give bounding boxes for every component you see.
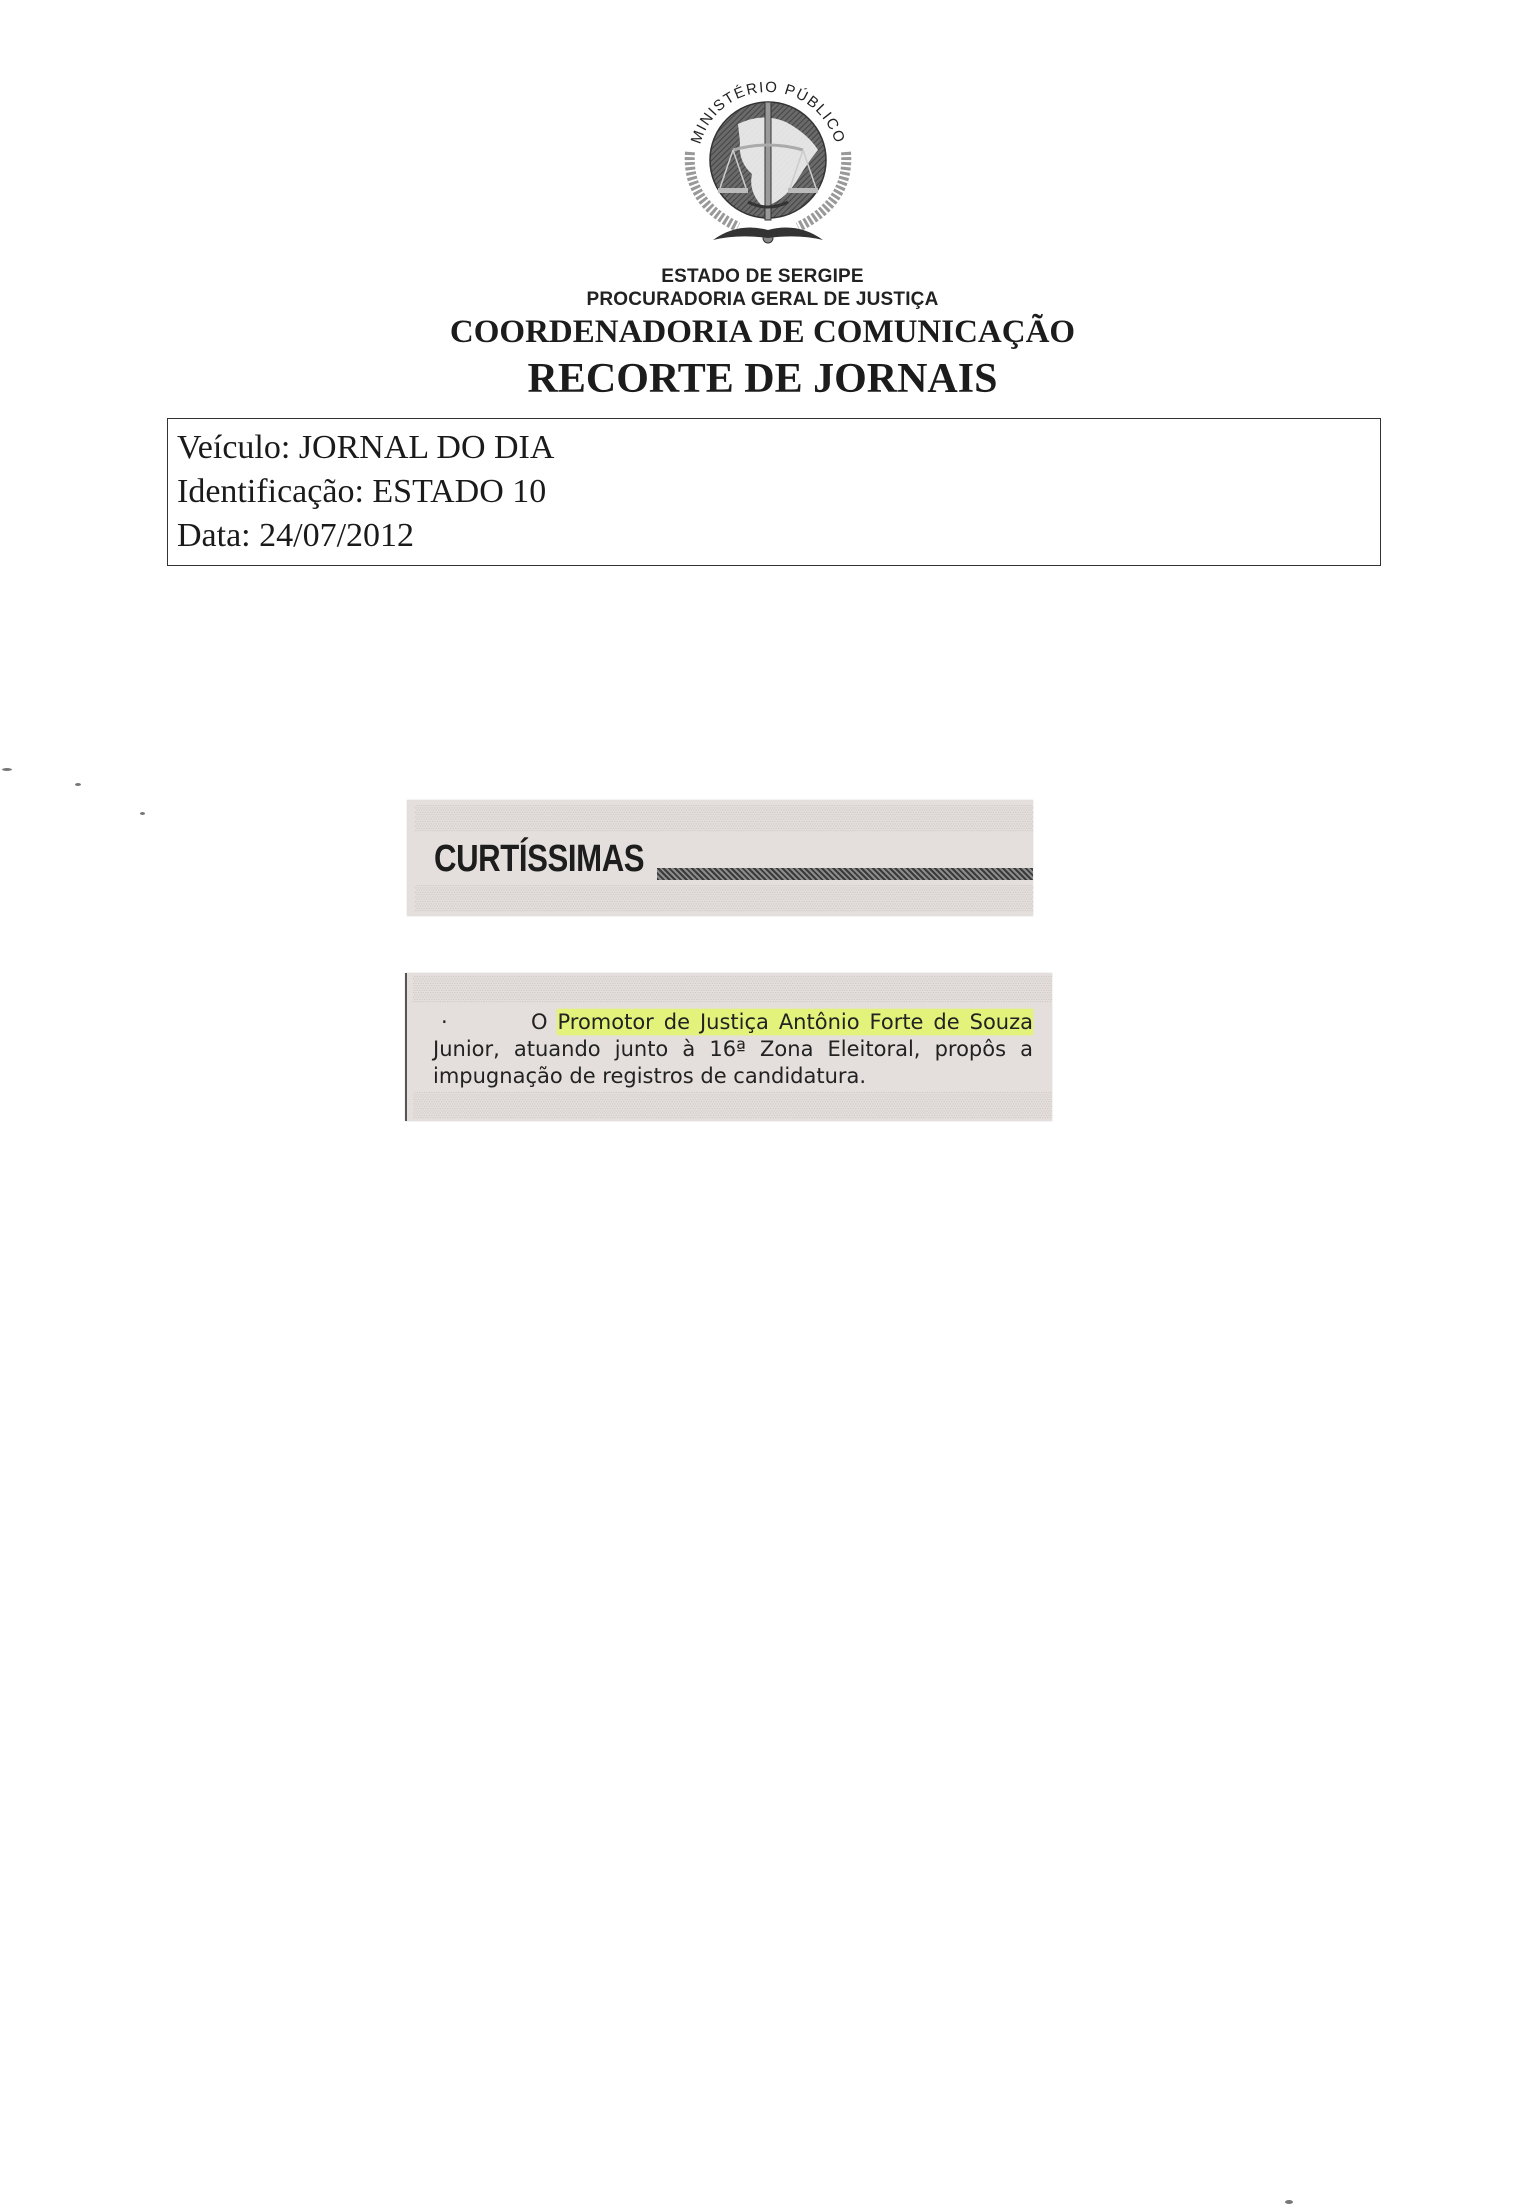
veiculo-line: Veículo: JORNAL DO DIA xyxy=(177,426,1380,470)
identificacao-value: ESTADO 10 xyxy=(372,473,546,510)
highlighted-text: Promotor de Justiça Antônio Forte de Sou… xyxy=(557,1009,1033,1035)
newspaper-clipping-header: ▒▒▒▒▒▒▒▒▒▒▒▒▒▒▒▒▒▒▒▒▒▒▒▒▒▒▒▒▒▒▒▒▒▒▒▒▒▒▒▒… xyxy=(407,800,1033,916)
bleed-through-text: ▒▒▒▒▒▒▒▒▒▒▒▒▒▒▒▒▒▒▒▒▒▒▒▒▒▒▒▒▒▒▒▒▒▒▒▒▒▒▒▒… xyxy=(413,975,1052,1003)
veiculo-label: Veículo: xyxy=(177,429,290,466)
bleed-through-text: ▒▒▒▒▒▒▒▒▒▒▒▒▒▒▒▒▒▒▒▒▒▒▒▒▒▒▒▒▒▒▒▒▒▒▒▒▒▒▒▒… xyxy=(413,1091,1052,1119)
newspaper-clipping-article: ▒▒▒▒▒▒▒▒▒▒▒▒▒▒▒▒▒▒▒▒▒▒▒▒▒▒▒▒▒▒▒▒▒▒▒▒▒▒▒▒… xyxy=(405,973,1052,1121)
data-line: Data: 24/07/2012 xyxy=(177,514,1380,558)
data-value: 24/07/2012 xyxy=(259,517,414,554)
section-rule xyxy=(657,868,1033,880)
paragraph-prefix: O xyxy=(531,1010,557,1034)
scan-speck xyxy=(75,783,81,786)
header-coordenadoria: COORDENADORIA DE COMUNICAÇÃO xyxy=(0,314,1525,351)
bleed-through-text: ▒▒▒▒▒▒▒▒▒▒▒▒▒▒▒▒▒▒▒▒▒▒▒▒▒▒▒▒▒▒▒▒▒▒▒▒▒▒▒▒… xyxy=(415,884,1033,912)
bullet: · xyxy=(433,1009,531,1036)
scan-speck xyxy=(2,768,12,771)
veiculo-value: JORNAL DO DIA xyxy=(299,429,555,466)
header-state: ESTADO DE SERGIPE xyxy=(0,266,1525,288)
scan-speck xyxy=(1285,2200,1293,2204)
section-title: CURTÍSSIMAS xyxy=(434,838,644,881)
header-procuradoria: PROCURADORIA GERAL DE JUSTIÇA xyxy=(0,289,1525,311)
clipping-info-box: Veículo: JORNAL DO DIA Identificação: ES… xyxy=(167,418,1381,566)
identificacao-label: Identificação: xyxy=(177,473,364,510)
paragraph-rest: Junior, atuando junto à 16ª Zona Eleitor… xyxy=(433,1037,1033,1088)
identificacao-line: Identificação: ESTADO 10 xyxy=(177,470,1380,514)
bleed-through-text: ▒▒▒▒▒▒▒▒▒▒▒▒▒▒▒▒▒▒▒▒▒▒▒▒▒▒▒▒▒▒▒▒▒▒▒▒▒▒▒▒… xyxy=(415,804,1033,832)
data-label: Data: xyxy=(177,517,251,554)
document-title: RECORTE DE JORNAIS xyxy=(0,355,1525,403)
ministerio-publico-seal-icon: MINISTÉRIO PÚBLICO xyxy=(668,62,868,252)
article-paragraph: ·O Promotor de Justiça Antônio Forte de … xyxy=(433,1009,1033,1090)
scan-speck xyxy=(140,812,145,815)
